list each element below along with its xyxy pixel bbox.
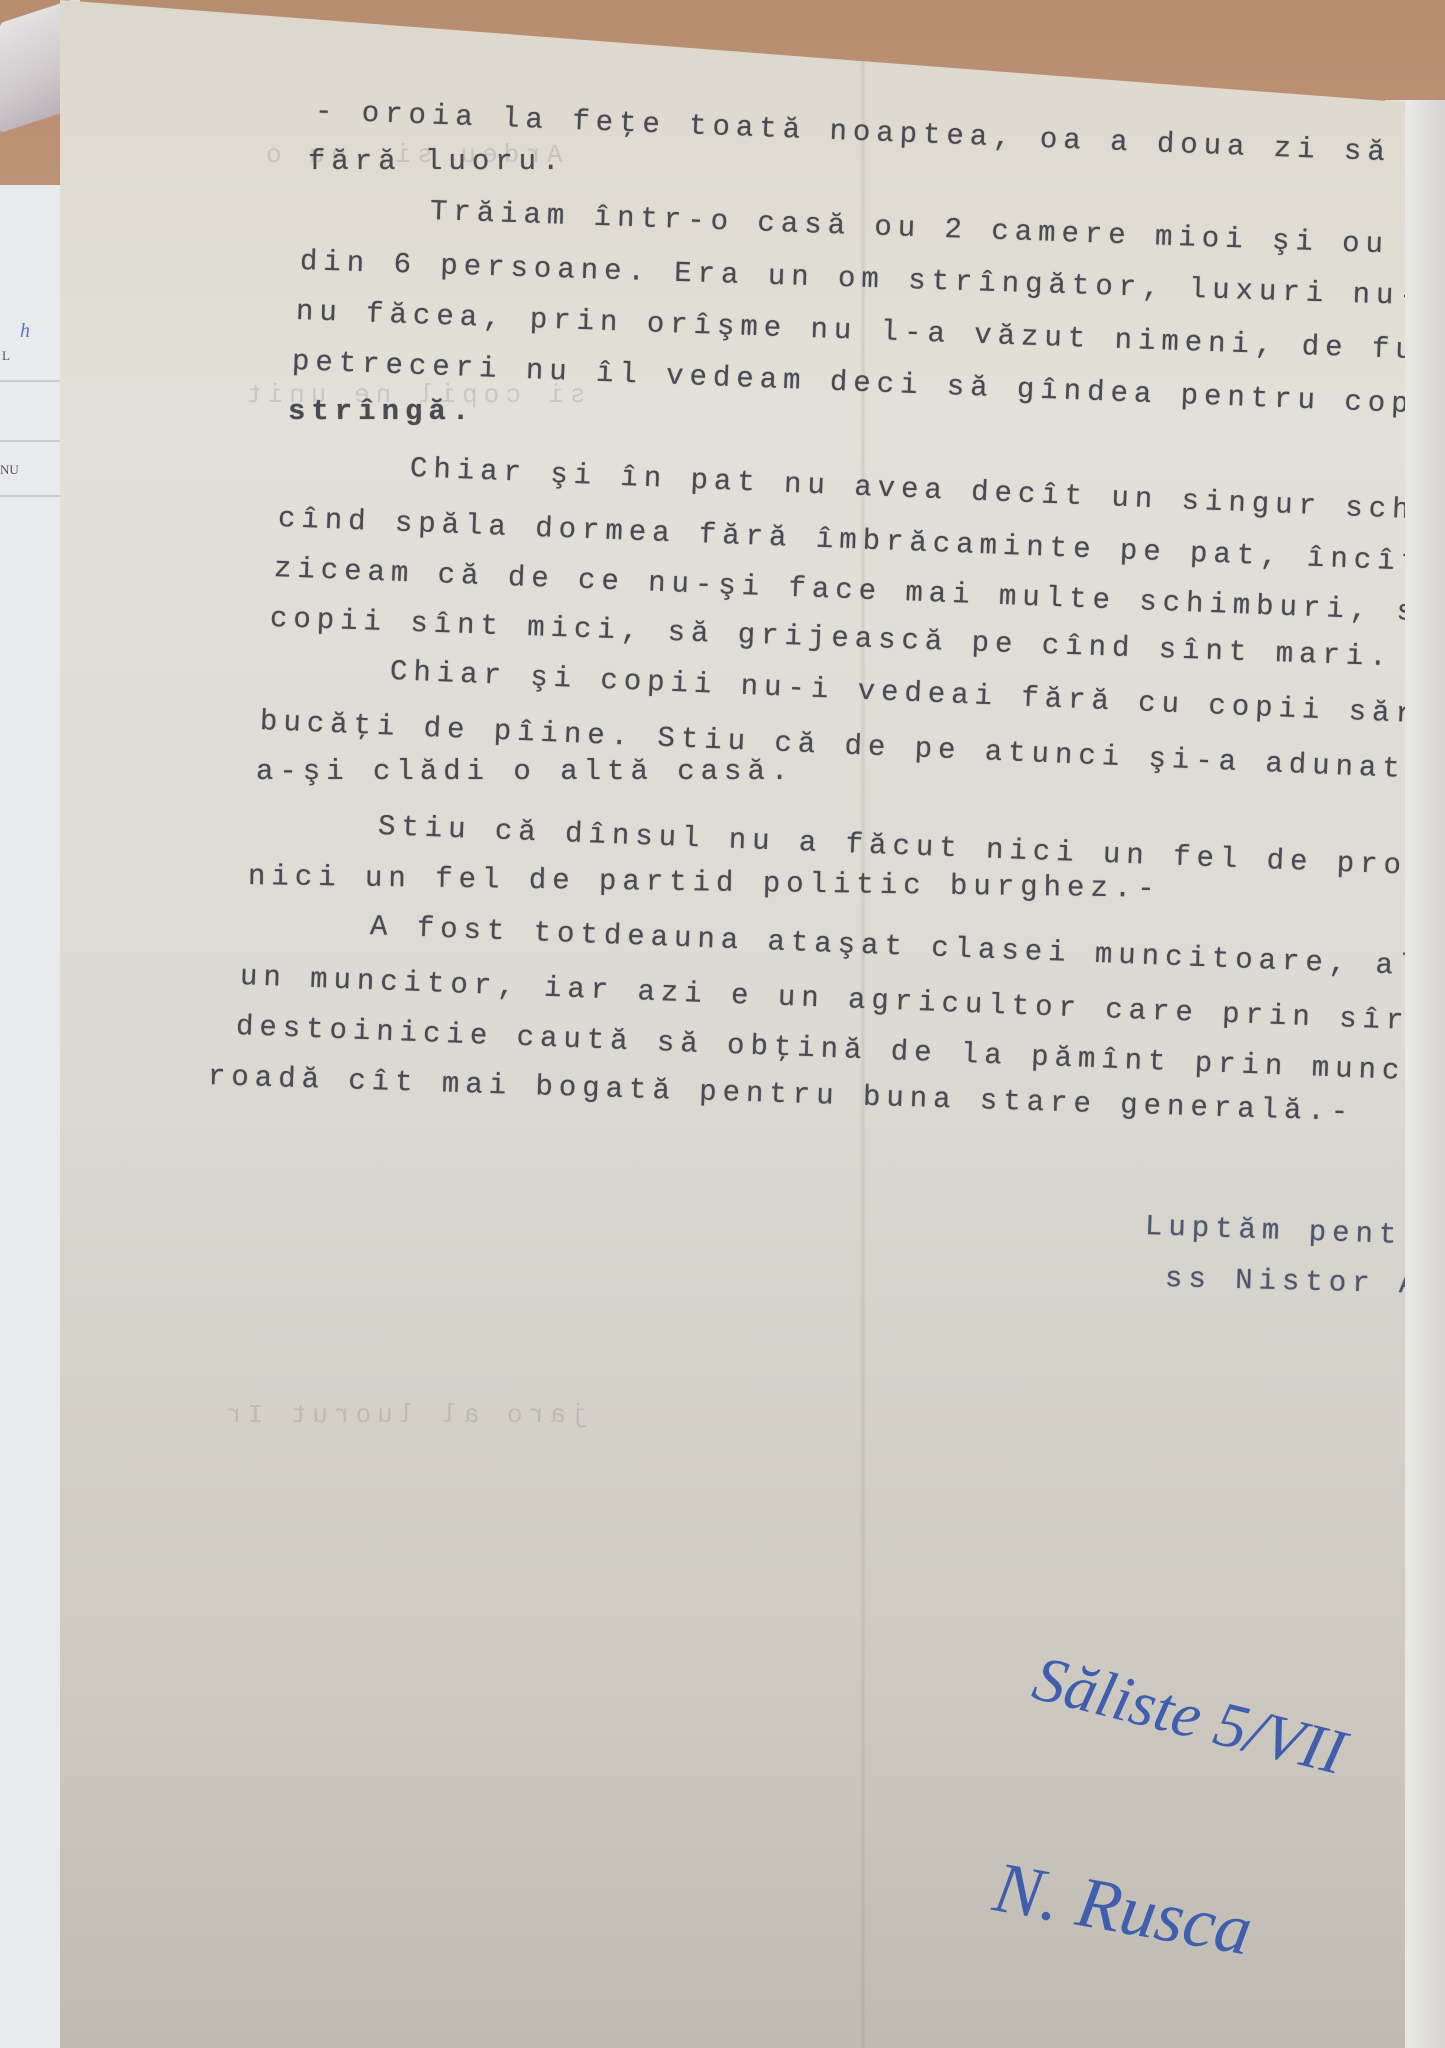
- card-rule: [0, 495, 60, 497]
- card-text-fragment: L: [2, 348, 10, 364]
- card-rule: [0, 380, 60, 382]
- card-handwriting-fragment: h: [20, 320, 30, 343]
- handwritten-place-date: Săliste 5/VII: [1026, 1641, 1353, 1790]
- typed-line: fără luoru.: [308, 145, 565, 178]
- card-rule: [0, 440, 60, 442]
- card-text-fragment: NU: [0, 462, 19, 478]
- typed-line: strîngă.: [288, 395, 475, 428]
- closing-salutation: Luptăm pentru: [1144, 1210, 1445, 1254]
- underlying-index-card: h L NU: [0, 185, 60, 2048]
- typed-document-page: Ardeu si, nu o si copil ne unit jaro al …: [60, 0, 1405, 2048]
- handwritten-signature: N. Rusca: [988, 1846, 1258, 1973]
- typed-signatory: ss Nistor Ana: [1165, 1262, 1445, 1303]
- typed-line: a-şi clădi o altă casă.: [256, 755, 794, 788]
- bleedthrough-text: jaro al luorut Ir: [220, 1400, 587, 1430]
- paper-fold: [860, 0, 866, 2048]
